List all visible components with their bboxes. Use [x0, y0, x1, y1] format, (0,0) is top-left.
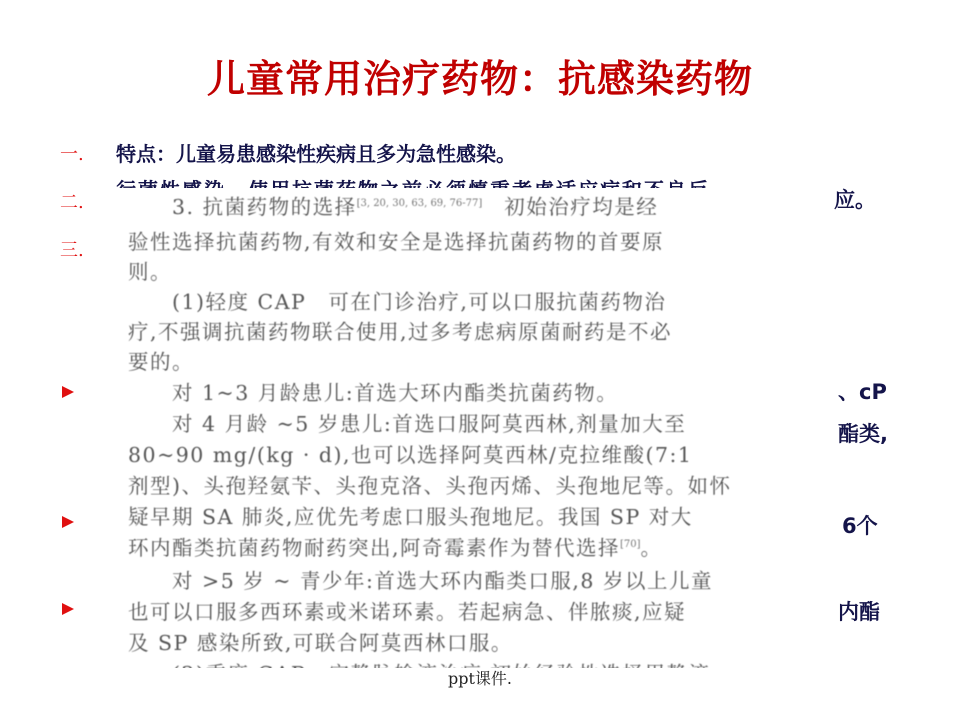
scan-line: 要的。 [128, 345, 194, 375]
scan-line: 3. 抗菌药物的选择[3, 20, 30, 63, 69, 76-77] 初始治… [172, 190, 658, 220]
scan-line: 疑早期 SA 肺炎,应优先考虑口服头孢地尼。我国 SP 对大 [128, 500, 693, 530]
scan-line: 对 1~3 月龄患儿:首选大环内酯类抗菌药物。 [172, 376, 618, 406]
arrow-bullet-1-fragment-1: 、cP [838, 376, 887, 406]
scan-line: 对 >5 岁 ~ 青少年:首选大环内酯类口服,8 岁以上儿童 [172, 564, 713, 594]
scan-line: 验性选择抗菌药物,有效和安全是选择抗菌药物的首要原 [128, 225, 664, 255]
scan-line: 及 SP 感染所致,可联合阿莫西林口服。 [128, 626, 513, 656]
point-two-fragment: 应。 [834, 184, 876, 214]
scan-line: (1)轻度 CAP 可在门诊治疗,可以口服抗菌药物治 [172, 285, 666, 315]
arrow-bullet-3-fragment: 内酯 [838, 596, 880, 626]
scan-line: 剂型)、头孢羟氨苄、头孢克洛、头孢丙烯、头孢地尼等。如怀 [128, 469, 732, 499]
arrow-bullet-2-fragment: 6个 [842, 510, 878, 540]
slide-footer: ppt课件. [0, 666, 960, 689]
scan-line: 80~90 mg/(kg · d),也可以选择阿莫西林/克拉维酸(7:1 [128, 438, 692, 468]
marker-two: 二. [60, 188, 84, 214]
marker-one: 一. [60, 140, 84, 166]
point-two-hidden-text: 行菌性感染，使用抗菌药物之前必须慎重考虑适应症和不良反 [116, 174, 710, 188]
arrow-bullet-1-fragment-2: 酯类, [838, 418, 888, 448]
scanned-excerpt-image: 3. 抗菌药物的选择[3, 20, 30, 63, 69, 76-77] 初始治… [120, 188, 808, 668]
marker-three: 三. [60, 236, 84, 262]
scan-line: 环内酯类抗菌药物耐药突出,阿奇霉素作为替代选择[70]。 [128, 531, 663, 561]
slide-title: 儿童常用治疗药物：抗感染药物 [0, 48, 960, 103]
scan-line: 也可以口服多西环素或米诺环素。若起病急、伴脓痰,应疑 [128, 595, 686, 625]
point-one-text: 特点：儿童易患感染性疾病且多为急性感染。 [116, 138, 516, 167]
scan-line: 则。 [128, 255, 172, 285]
scan-line: 疗,不强调抗菌药物联合使用,过多考虑病原菌耐药是不必 [128, 315, 672, 345]
red-arrow-bullet-icon [62, 603, 74, 615]
scan-line: 对 4 月龄 ~5 岁患儿:首选口服阿莫西林,剂量加大至 [172, 407, 686, 437]
red-arrow-bullet-icon [62, 516, 74, 528]
red-arrow-bullet-icon [62, 386, 74, 398]
